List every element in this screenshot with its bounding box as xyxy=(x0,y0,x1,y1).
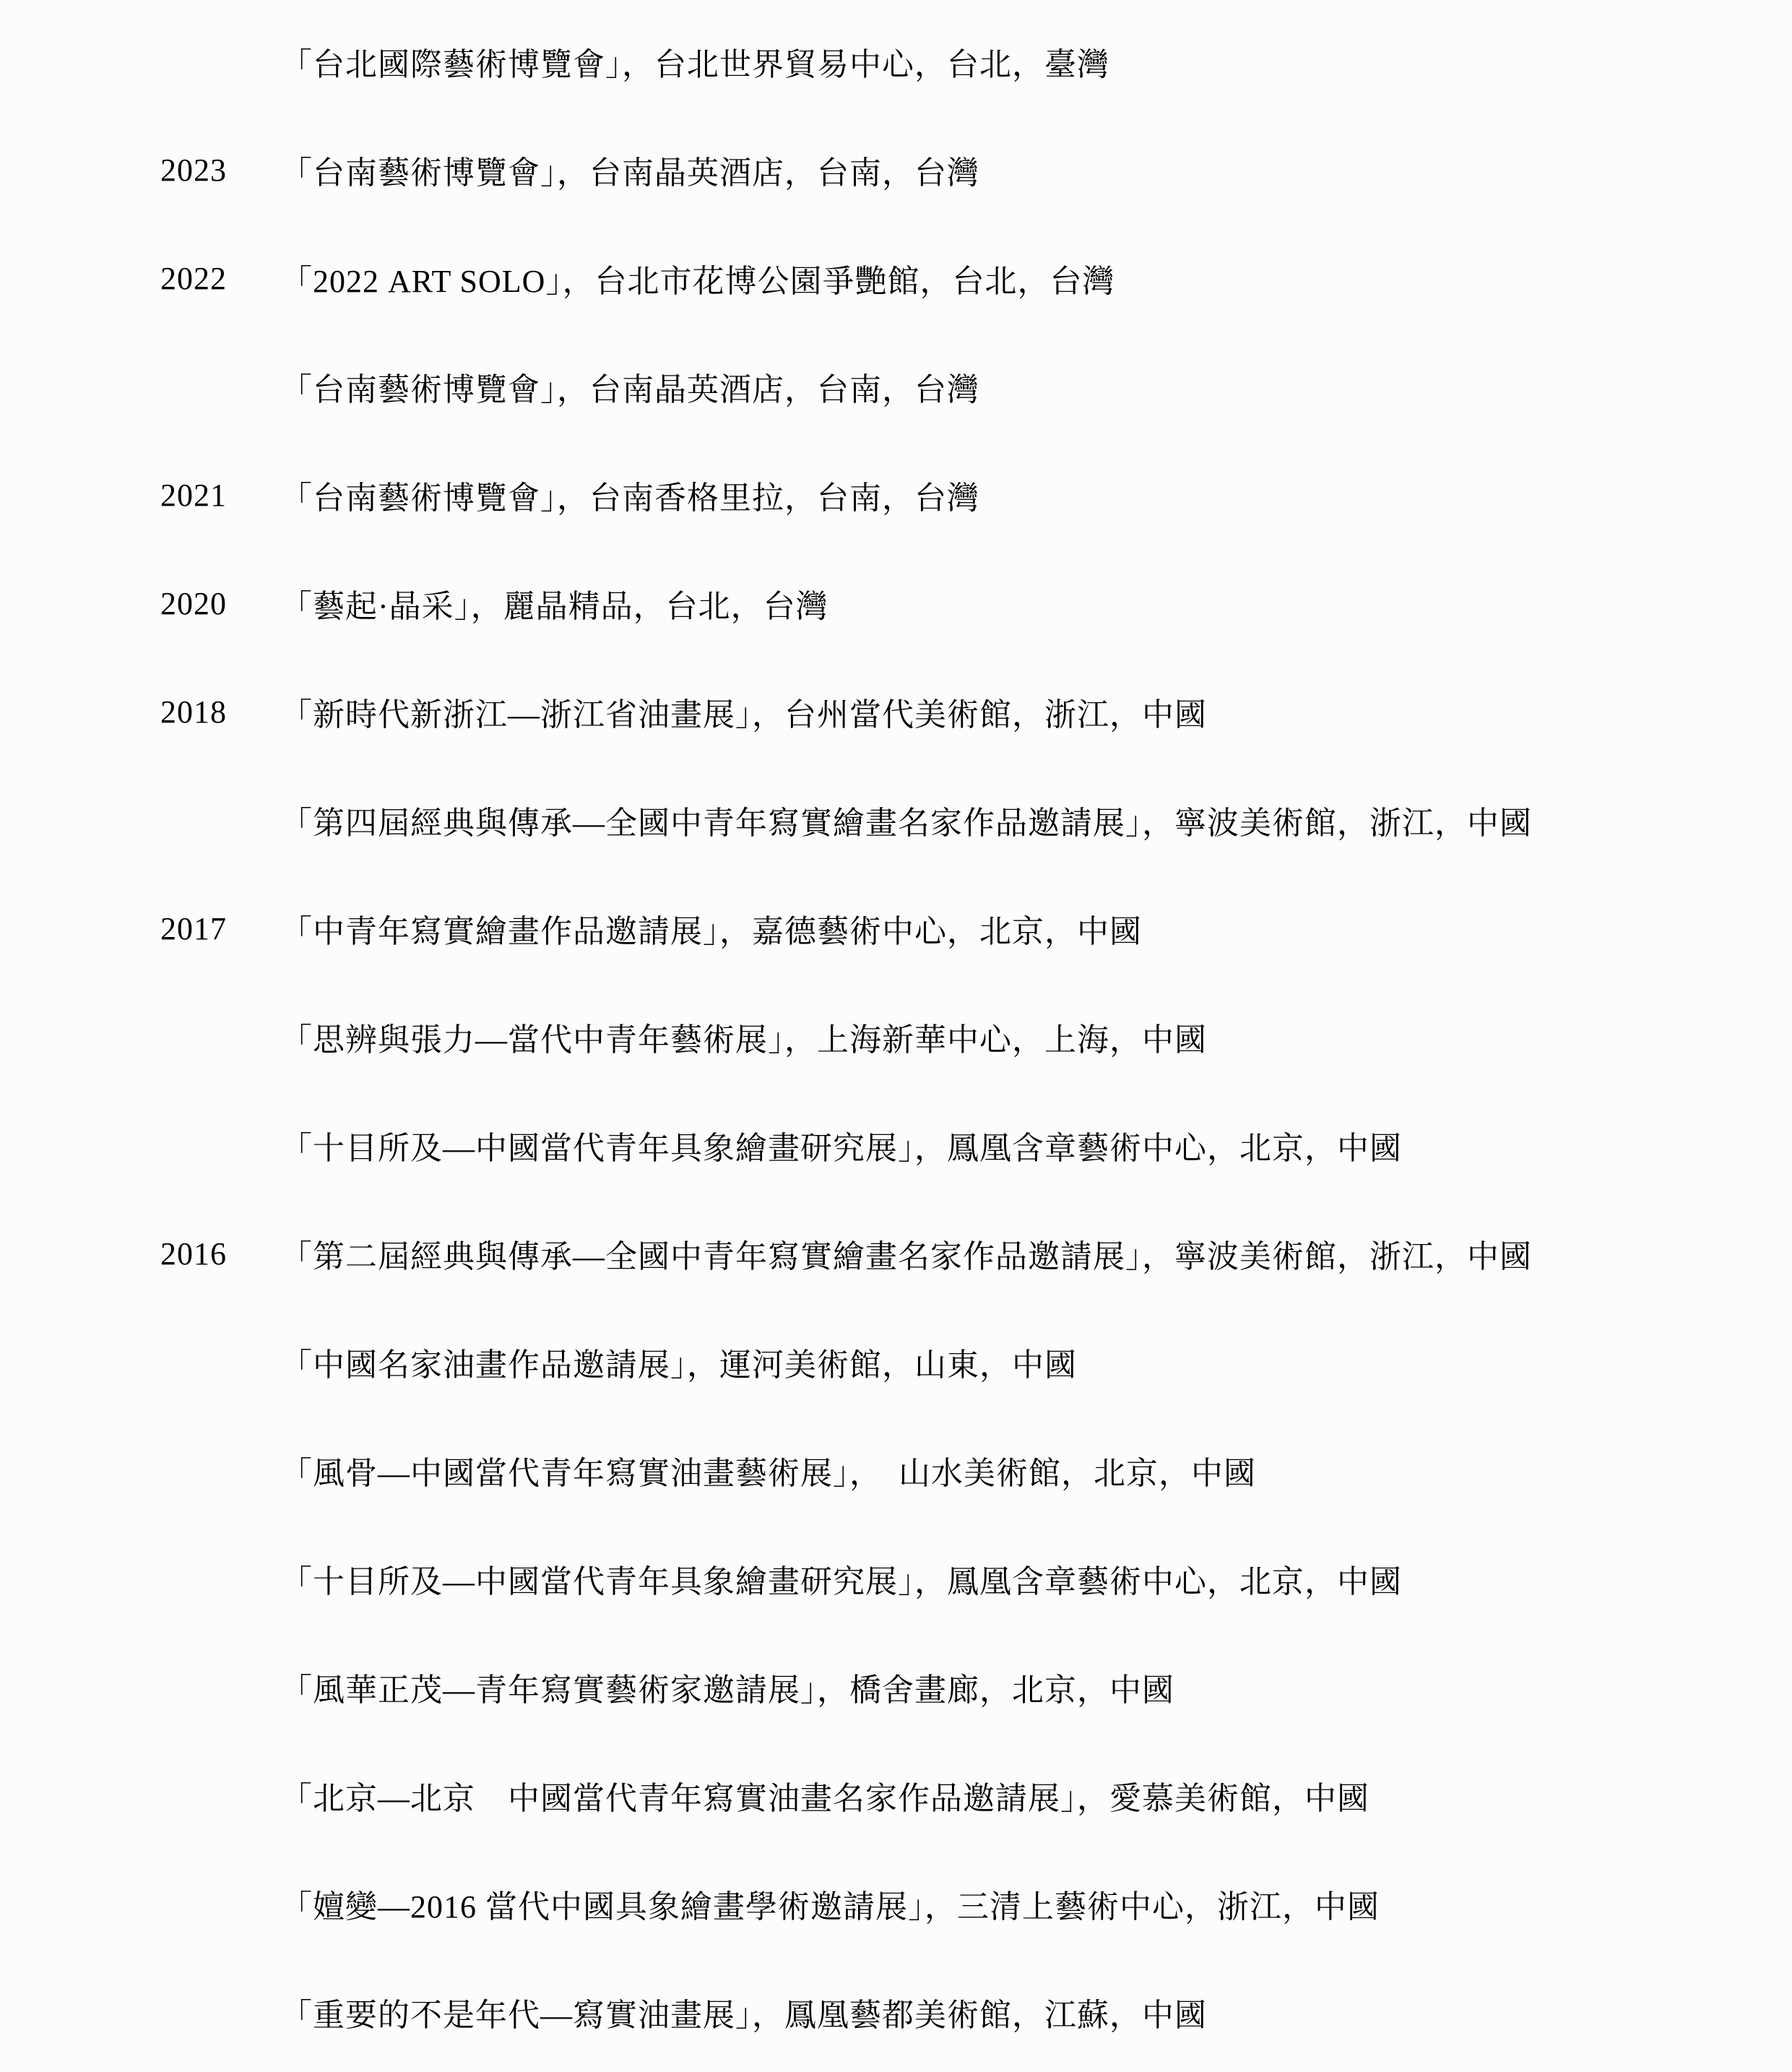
year-label: 2018 xyxy=(160,694,280,730)
exhibition-row: 「第四屆經典與傳承—全國中青年寫實繪畫名家作品邀請展」，寧波美術館，浙江，中國 xyxy=(0,766,1792,874)
exhibition-row: 「思辨與張力—當代中青年藝術展」，上海新華中心，上海，中國 xyxy=(0,983,1792,1091)
exhibition-row: 「十目所及—中國當代青年具象繪畫研究展」，鳳凰含章藝術中心，北京，中國 xyxy=(0,1091,1792,1199)
exhibition-entry: 「思辨與張力—當代中青年藝術展」，上海新華中心，上海，中國 xyxy=(280,1014,1207,1060)
exhibition-entry: 「中國名家油畫作品邀請展」，運河美術館，山東，中國 xyxy=(280,1339,1077,1385)
document-page: 「台北國際藝術博覽會」，台北世界貿易中心，台北，臺灣 2023 「台南藝術博覽會… xyxy=(0,0,1792,2072)
exhibition-entry: 「第二屆經典與傳承—全國中青年寫實繪畫名家作品邀請展」，寧波美術館，浙江，中國 xyxy=(280,1230,1532,1277)
exhibition-row: 「台南藝術博覽會」，台南晶英酒店，台南，台灣 xyxy=(0,332,1792,441)
exhibition-entry: 「風骨—中國當代青年寫實油畫藝術展」， 山水美術館，北京，中國 xyxy=(280,1447,1256,1493)
year-label: 2016 xyxy=(160,1235,280,1272)
exhibition-entry: 「十目所及—中國當代青年具象繪畫研究展」，鳳凰含章藝術中心，北京，中國 xyxy=(280,1555,1402,1602)
year-label: 2021 xyxy=(160,477,280,514)
exhibition-entry: 「重要的不是年代—寫實油畫展」，鳳凰藝都美術館，江蘇，中國 xyxy=(280,1989,1207,2035)
exhibition-entry: 「中青年寫實繪畫作品邀請展」，嘉德藝術中心，北京，中國 xyxy=(280,905,1142,951)
exhibition-entry: 「新時代新浙江—浙江省油畫展」，台州當代美術館，浙江，中國 xyxy=(280,688,1207,735)
exhibition-entry: 「北京—北京 中國當代青年寫實油畫名家作品邀請展」，愛慕美術館，中國 xyxy=(280,1772,1369,1818)
exhibition-row: 2017 「中青年寫實繪畫作品邀請展」，嘉德藝術中心，北京，中國 xyxy=(0,874,1792,983)
exhibition-entry: 「藝起·晶采」，麗晶精品，台北，台灣 xyxy=(280,580,828,626)
exhibition-entry: 「台北國際藝術博覽會」，台北世界貿易中心，台北，臺灣 xyxy=(280,38,1109,85)
year-label: 2022 xyxy=(160,260,280,297)
exhibition-row: 「風華正茂—青年寫實藝術家邀請展」，橋舍畫廊，北京，中國 xyxy=(0,1633,1792,1741)
exhibition-row: 「十目所及—中國當代青年具象繪畫研究展」，鳳凰含章藝術中心，北京，中國 xyxy=(0,1524,1792,1633)
exhibition-entry: 「風華正茂—青年寫實藝術家邀請展」，橋舍畫廊，北京，中國 xyxy=(280,1664,1174,1710)
exhibition-row: 2023 「台南藝術博覽會」，台南晶英酒店，台南，台灣 xyxy=(0,116,1792,224)
exhibition-row: 「重要的不是年代—寫實油畫展」，鳳凰藝都美術館，江蘇，中國 xyxy=(0,1958,1792,2066)
exhibition-row: 「風骨—中國當代青年寫實油畫藝術展」， 山水美術館，北京，中國 xyxy=(0,1416,1792,1524)
exhibition-row: 「嬗變—2016 當代中國具象繪畫學術邀請展」，三清上藝術中心，浙江，中國 xyxy=(0,1849,1792,1958)
exhibition-entry: 「十目所及—中國當代青年具象繪畫研究展」，鳳凰含章藝術中心，北京，中國 xyxy=(280,1122,1402,1168)
exhibition-row: 2016 「第二屆經典與傳承—全國中青年寫實繪畫名家作品邀請展」，寧波美術館，浙… xyxy=(0,1199,1792,1308)
exhibition-row: 2018 「新時代新浙江—浙江省油畫展」，台州當代美術館，浙江，中國 xyxy=(0,657,1792,766)
year-label: 2023 xyxy=(160,152,280,189)
exhibition-row: 2022 「2022 ART SOLO」，台北市花博公園爭艷館，台北，台灣 xyxy=(0,224,1792,332)
exhibition-entry: 「第四屆經典與傳承—全國中青年寫實繪畫名家作品邀請展」，寧波美術館，浙江，中國 xyxy=(280,797,1532,843)
exhibition-row: 「台北國際藝術博覽會」，台北世界貿易中心，台北，臺灣 xyxy=(0,7,1792,116)
year-label: 2017 xyxy=(160,910,280,947)
year-label: 2020 xyxy=(160,585,280,622)
exhibition-row: 2021 「台南藝術博覽會」，台南香格里拉，台南，台灣 xyxy=(0,441,1792,549)
exhibition-entry: 「2022 ART SOLO」，台北市花博公園爭艷館，台北，台灣 xyxy=(280,255,1114,301)
exhibition-entry: 「台南藝術博覽會」，台南晶英酒店，台南，台灣 xyxy=(280,363,979,410)
exhibition-entry: 「嬗變—2016 當代中國具象繪畫學術邀請展」，三清上藝術中心，浙江，中國 xyxy=(280,1881,1380,1927)
exhibition-entry: 「台南藝術博覽會」，台南晶英酒店，台南，台灣 xyxy=(280,147,979,193)
exhibition-row: 2020 「藝起·晶采」，麗晶精品，台北，台灣 xyxy=(0,549,1792,657)
exhibition-row: 「中國名家油畫作品邀請展」，運河美術館，山東，中國 xyxy=(0,1308,1792,1416)
exhibition-entry: 「台南藝術博覽會」，台南香格里拉，台南，台灣 xyxy=(280,472,979,518)
exhibition-row: 「北京—北京 中國當代青年寫實油畫名家作品邀請展」，愛慕美術館，中國 xyxy=(0,1741,1792,1849)
